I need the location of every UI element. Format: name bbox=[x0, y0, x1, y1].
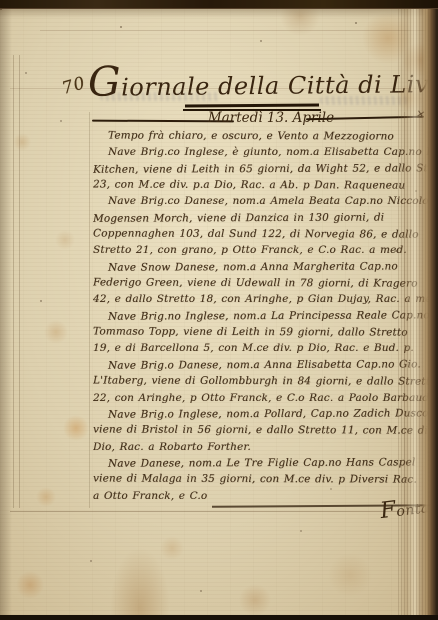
manuscript-line: 22, con Aringhe, p Otto Franck, e C.o Ra… bbox=[93, 390, 429, 406]
manuscript-line: Nave Brig.no Inglese, nom.a La Principes… bbox=[93, 307, 429, 325]
book-edge-top bbox=[0, 0, 438, 9]
manuscript-line: Nave Danese, nom.a Le Tre Figlie Cap.no … bbox=[93, 454, 429, 472]
manuscript-line: Nave Snow Danese, nom.a Anna Margherita … bbox=[93, 258, 429, 276]
manuscript-line: L'Itaberg, viene di Gollombburgh in 84 g… bbox=[93, 373, 429, 391]
book-edge-bottom bbox=[0, 615, 438, 620]
manuscript-line: Stretto 21, con grano, p Otto Franck, e … bbox=[93, 242, 429, 258]
manuscript-line: Coppennaghen 103, dal Sund 122, di Norve… bbox=[93, 225, 429, 243]
manuscript-line: Tommaso Topp, viene di Leith in 59 giorn… bbox=[93, 324, 429, 342]
left-shadow bbox=[0, 8, 12, 616]
margin-frame-line-outer bbox=[13, 55, 14, 508]
manuscript-line: viene di Bristol in 56 giorni, e dallo S… bbox=[93, 422, 429, 440]
book-page-edges bbox=[398, 8, 438, 616]
page-title: Giornale della Città di Livorno bbox=[88, 54, 422, 105]
manuscript-body: Tempo frà chiaro, e oscuro, e Vento a Me… bbox=[93, 128, 429, 506]
manuscript-photo: 70 Giornale della Città di Livorno Marte… bbox=[0, 0, 438, 620]
margin-frame-line-inner bbox=[19, 55, 20, 508]
manuscript-page: 70 Giornale della Città di Livorno Marte… bbox=[0, 8, 438, 615]
top-shadow bbox=[0, 8, 438, 18]
manuscript-line: 23, con M.ce div. p.a Dio, Rac. a Ab. p … bbox=[93, 176, 429, 194]
manuscript-line: Federigo Green, viene di Udewall in 78 g… bbox=[93, 275, 429, 293]
manuscript-line: 42, e dallo Stretto 18, con Aringhe, p G… bbox=[93, 291, 429, 307]
manuscript-line: Dio, Rac. a Robarto Forther. bbox=[93, 439, 429, 455]
manuscript-line: Nave Brig.co Inglese, è giunto, nom.a El… bbox=[93, 144, 429, 160]
manuscript-line: Nave Brig.o Danese, nom.a Anna Elisabett… bbox=[93, 356, 429, 374]
manuscript-line: Kitchen, viene di Leith in 65 giorni, da… bbox=[93, 160, 429, 178]
manuscript-line: Nave Brig.o Inglese, nom.a Pollard, Cap.… bbox=[93, 405, 429, 423]
manuscript-line: Tempo frà chiaro, e oscuro, e Vento a Me… bbox=[93, 128, 429, 145]
manuscript-line: viene di Malaga in 35 giorni, con M.ce d… bbox=[93, 471, 429, 489]
faint-rule-line bbox=[40, 30, 436, 31]
footer-rule-long bbox=[10, 511, 434, 512]
manuscript-line: 19, e di Barcellona 5, con M.ce div. p D… bbox=[93, 340, 429, 356]
manuscript-line: Mogensen Morch, viene di Danzica in 130 … bbox=[93, 209, 429, 227]
text-block-left-line bbox=[89, 112, 90, 508]
manuscript-line: Nave Brig.co Danese, nom.a Amela Beata C… bbox=[93, 193, 429, 209]
